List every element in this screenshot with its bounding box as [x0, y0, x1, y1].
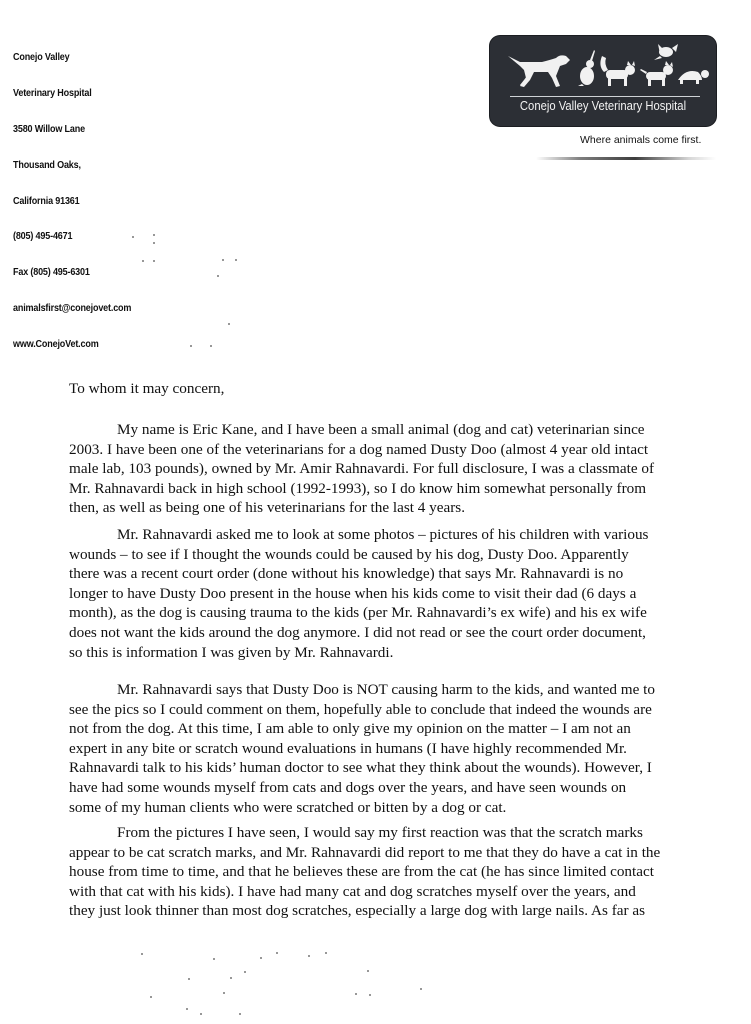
paragraph-line: with that cat with his kids). I have had… — [69, 882, 729, 902]
paragraph-3: Mr. Rahnavardi says that Dusty Doo is NO… — [69, 680, 729, 817]
paragraph-line: there was a recent court order (done wit… — [69, 564, 729, 584]
paragraph-line: From the pictures I have seen, I would s… — [69, 823, 729, 843]
paragraph-line: wounds – to see if I thought the wounds … — [69, 545, 729, 565]
email-address: animalsfirst@conejovet.com — [13, 302, 131, 314]
salutation: To whom it may concern, — [69, 380, 224, 398]
street-address: 3580 Willow Lane — [13, 123, 85, 135]
kitten-icon — [640, 61, 673, 86]
paragraph-line: 2003. I have been one of the veterinaria… — [69, 440, 729, 460]
paragraph-line: month), as the dog is causing trauma to … — [69, 603, 729, 623]
paragraph-line: then, as well as being one of his veteri… — [69, 498, 729, 518]
paragraph-line: house from time to time, and that he bel… — [69, 862, 729, 882]
paragraph-line: Mr. Rahnavardi says that Dusty Doo is NO… — [69, 680, 729, 700]
paragraph-line: have had some wounds myself from cats an… — [69, 778, 729, 798]
rabbit-icon — [578, 50, 595, 86]
logo-title: Conejo Valley Veterinary Hospital — [501, 99, 704, 113]
hospital-name-line-2: Veterinary Hospital — [13, 87, 92, 99]
cat-icon — [600, 56, 635, 86]
paragraph-2: Mr. Rahnavardi asked me to look at some … — [69, 525, 729, 662]
logo-divider — [510, 96, 700, 97]
paragraph-line: Mr. Rahnavardi asked me to look at some … — [69, 525, 729, 545]
paragraph-line: does not want the kids around the dog an… — [69, 623, 729, 643]
paragraph-line: longer to have Dusty Doo present in the … — [69, 584, 729, 604]
fax-number: Fax (805) 495-6301 — [13, 266, 90, 278]
paragraph-line: they just look thinner than most dog scr… — [69, 901, 729, 921]
paragraph-line: see the pics so I could comment on them,… — [69, 700, 729, 720]
paragraph-line: male lab, 103 pounds), owned by Mr. Amir… — [69, 459, 729, 479]
phone-number: (805) 495-4671 — [13, 230, 72, 242]
paragraph-line: appear to be cat scratch marks, and Mr. … — [69, 843, 729, 863]
animals-silhouette-icon — [490, 36, 716, 96]
paragraph-line: My name is Eric Kane, and I have been a … — [69, 420, 729, 440]
paragraph-line: some of my human clients who were scratc… — [69, 798, 729, 818]
paragraph-line: expert in any bite or scratch wound eval… — [69, 739, 729, 759]
turtle-icon — [678, 70, 709, 84]
state-zip: California 91361 — [13, 195, 80, 207]
tagline: Where animals come first. — [580, 134, 701, 146]
dog-icon — [508, 55, 570, 87]
website-url: www.ConejoVet.com — [13, 338, 99, 350]
hospital-logo: Conejo Valley Veterinary Hospital — [490, 36, 716, 126]
paragraph-line: not from the dog. At this time, I am abl… — [69, 719, 729, 739]
city: Thousand Oaks, — [13, 159, 81, 171]
paragraph-4: From the pictures I have seen, I would s… — [69, 823, 729, 921]
scan-smear — [536, 157, 716, 160]
paragraph-line: so this is information I was given by Mr… — [69, 643, 729, 663]
paragraph-line: Mr. Rahnavardi back in high school (1992… — [69, 479, 729, 499]
bird-icon — [654, 44, 678, 60]
paragraph-1: My name is Eric Kane, and I have been a … — [69, 420, 729, 518]
hospital-name-line-1: Conejo Valley — [13, 51, 69, 63]
paragraph-line: Rahnavardi talk to his kids’ human docto… — [69, 758, 729, 778]
